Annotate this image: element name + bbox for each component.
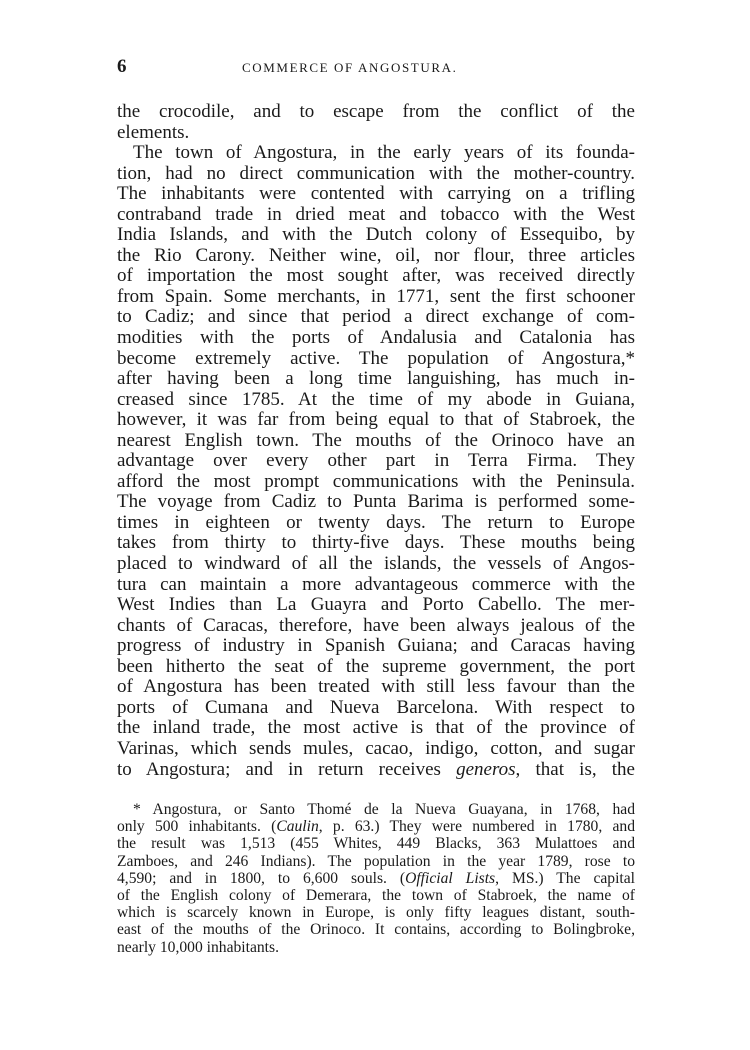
line-text: The voyage from Cadiz to Punta Barima is… bbox=[117, 491, 635, 512]
line-text: West Indies than La Guayra and Porto Cab… bbox=[117, 594, 635, 615]
citation-italic: Caulin bbox=[276, 818, 318, 835]
text-line-content: The town of Angostura, in the early year… bbox=[133, 143, 635, 164]
line-text: ports of Cumana and Nueva Barcelona. Wit… bbox=[117, 697, 635, 718]
line-text: progress of industry in Spanish Guiana; … bbox=[117, 635, 635, 656]
footnote-text: only 500 inhabitants. ( bbox=[117, 818, 276, 835]
running-title: COMMERCE OF ANGOSTURA. bbox=[242, 60, 457, 76]
text-line: modities with the ports of Andalusia and… bbox=[117, 328, 635, 349]
text-line: The town of Angostura, in the early year… bbox=[117, 143, 635, 164]
text-line-content: to Cadiz; and since that period a direct… bbox=[117, 307, 635, 328]
text-line: ports of Cumana and Nueva Barcelona. Wit… bbox=[117, 698, 635, 719]
line-text: contraband trade in dried meat and tobac… bbox=[117, 204, 635, 225]
text-line-content: takes from thirty to thirty-five days. T… bbox=[117, 533, 635, 554]
text-line-content: times in eighteen or twenty days. The re… bbox=[117, 513, 635, 534]
text-line-content: after having been a long time languishin… bbox=[117, 369, 635, 390]
footnote-line-content: of the English colony of Demerara, the t… bbox=[117, 887, 635, 904]
footnote-line: Zamboes, and 246 Indians). The populatio… bbox=[117, 853, 635, 870]
line-text: modities with the ports of Andalusia and… bbox=[117, 327, 635, 348]
footnote-line: the result was 1,513 (455 Whites, 449 Bl… bbox=[117, 835, 635, 852]
text-line-content: contraband trade in dried meat and tobac… bbox=[117, 205, 635, 226]
text-line: progress of industry in Spanish Guiana; … bbox=[117, 636, 635, 657]
text-line-content: placed to windward of all the islands, t… bbox=[117, 554, 635, 575]
running-header: 6 COMMERCE OF ANGOSTURA. bbox=[117, 56, 635, 80]
line-text: The inhabitants were contented with carr… bbox=[117, 183, 635, 204]
citation-italic: Official Lists bbox=[405, 870, 495, 887]
line-text: chants of Caracas, therefore, have been … bbox=[117, 615, 635, 636]
text-line-content: been hitherto the seat of the supreme go… bbox=[117, 657, 635, 678]
line-text: elements. bbox=[117, 122, 189, 143]
line-text: tion, had no direct communication with t… bbox=[117, 163, 635, 184]
text-line-content: chants of Caracas, therefore, have been … bbox=[117, 616, 635, 637]
footnote-line: 4,590; and in 1800, to 6,600 souls. (Off… bbox=[117, 870, 635, 887]
text-line-content: however, it was far from being equal to … bbox=[117, 410, 635, 431]
text-line-content: West Indies than La Guayra and Porto Cab… bbox=[117, 595, 635, 616]
line-text: tura can maintain a more advantageous co… bbox=[117, 574, 635, 595]
text-line-content: The voyage from Cadiz to Punta Barima is… bbox=[117, 492, 635, 513]
text-line: after having been a long time languishin… bbox=[117, 369, 635, 390]
text-line: however, it was far from being equal to … bbox=[117, 410, 635, 431]
text-line-content: the Rio Carony. Neither wine, oil, nor f… bbox=[117, 246, 635, 267]
line-text: after having been a long time languishin… bbox=[117, 368, 635, 389]
text-line-content: nearest English town. The mouths of the … bbox=[117, 431, 635, 452]
footnote-line-content: nearly 10,000 inhabitants. bbox=[117, 939, 635, 956]
text-line-content: tura can maintain a more advantageous co… bbox=[117, 575, 635, 596]
line-text: Varinas, which sends mules, cacao, indig… bbox=[117, 738, 635, 759]
text-line: tura can maintain a more advantageous co… bbox=[117, 575, 635, 596]
text-line: the Rio Carony. Neither wine, oil, nor f… bbox=[117, 246, 635, 267]
line-text: from Spain. Some merchants, in 1771, sen… bbox=[117, 286, 635, 307]
footnote-line-content: Zamboes, and 246 Indians). The populatio… bbox=[117, 853, 635, 870]
text-line-content: Varinas, which sends mules, cacao, indig… bbox=[117, 739, 635, 760]
italic-term: generos bbox=[456, 759, 515, 780]
text-line: nearest English town. The mouths of the … bbox=[117, 431, 635, 452]
line-text: to Angostura; and in return receives bbox=[117, 759, 441, 780]
text-line-content: tion, had no direct communication with t… bbox=[117, 164, 635, 185]
footnote-line: east of the mouths of the Orinoco. It co… bbox=[117, 921, 635, 938]
text-line-content: the crocodile, and to escape from the co… bbox=[117, 102, 635, 123]
line-text: however, it was far from being equal to … bbox=[117, 409, 635, 430]
line-text: the Rio Carony. Neither wine, oil, nor f… bbox=[117, 245, 635, 266]
line-text: India Islands, and with the Dutch colony… bbox=[117, 224, 635, 245]
footnote-line-content: * Angostura, or Santo Thomé de la Nueva … bbox=[133, 801, 635, 818]
line-text: of Angostura has been treated with still… bbox=[117, 676, 635, 697]
line-text: afford the most prompt communications wi… bbox=[117, 471, 635, 492]
line-text: become extremely active. The population … bbox=[117, 348, 635, 369]
line-text: the crocodile, and to escape from the co… bbox=[117, 101, 635, 122]
footnote-text: , MS.) The capital bbox=[495, 870, 635, 887]
line-text: creased since 1785. At the time of my ab… bbox=[117, 389, 635, 410]
text-line: chants of Caracas, therefore, have been … bbox=[117, 616, 635, 637]
footnote-text: which is scarcely known in Europe, is on… bbox=[117, 904, 635, 921]
footnote-text: the result was 1,513 (455 Whites, 449 Bl… bbox=[117, 835, 635, 852]
footnote-line-content: east of the mouths of the Orinoco. It co… bbox=[117, 921, 635, 938]
text-line: to Angostura; and in return receives gen… bbox=[117, 760, 635, 781]
text-line-content: India Islands, and with the Dutch colony… bbox=[117, 225, 635, 246]
footnote-text: 4,590; and in 1800, to 6,600 souls. ( bbox=[117, 870, 405, 887]
footnote: * Angostura, or Santo Thomé de la Nueva … bbox=[117, 801, 635, 956]
text-line-content: progress of industry in Spanish Guiana; … bbox=[117, 636, 635, 657]
text-line-content: afford the most prompt communications wi… bbox=[117, 472, 635, 493]
footnote-line: * Angostura, or Santo Thomé de la Nueva … bbox=[117, 801, 635, 818]
line-text: the inland trade, the most active is tha… bbox=[117, 717, 635, 738]
text-line: become extremely active. The population … bbox=[117, 349, 635, 370]
footnote-text: * Angostura, or Santo Thomé de la Nueva … bbox=[133, 801, 635, 818]
footnote-text: nearly 10,000 inhabitants. bbox=[117, 939, 279, 956]
text-line: been hitherto the seat of the supreme go… bbox=[117, 657, 635, 678]
line-text: placed to windward of all the islands, t… bbox=[117, 553, 635, 574]
text-line: India Islands, and with the Dutch colony… bbox=[117, 225, 635, 246]
text-line: contraband trade in dried meat and tobac… bbox=[117, 205, 635, 226]
text-line-content: advantage over every other part in Terra… bbox=[117, 451, 635, 472]
text-line: elements. bbox=[117, 123, 635, 144]
text-line: tion, had no direct communication with t… bbox=[117, 164, 635, 185]
text-line: placed to windward of all the islands, t… bbox=[117, 554, 635, 575]
footnote-line-content: 4,590; and in 1800, to 6,600 souls. (Off… bbox=[117, 870, 635, 887]
line-text: been hitherto the seat of the supreme go… bbox=[117, 656, 635, 677]
text-line: of Angostura has been treated with still… bbox=[117, 677, 635, 698]
footnote-line: of the English colony of Demerara, the t… bbox=[117, 887, 635, 904]
text-line: of importation the most sought after, wa… bbox=[117, 266, 635, 287]
line-text: to Cadiz; and since that period a direct… bbox=[117, 306, 635, 327]
text-line: The voyage from Cadiz to Punta Barima is… bbox=[117, 492, 635, 513]
text-line-content: creased since 1785. At the time of my ab… bbox=[117, 390, 635, 411]
text-line: creased since 1785. At the time of my ab… bbox=[117, 390, 635, 411]
text-line-content: ports of Cumana and Nueva Barcelona. Wit… bbox=[117, 698, 635, 719]
page-number: 6 bbox=[117, 56, 127, 78]
text-line-content: of Angostura has been treated with still… bbox=[117, 677, 635, 698]
line-text: times in eighteen or twenty days. The re… bbox=[117, 512, 635, 533]
text-line: times in eighteen or twenty days. The re… bbox=[117, 513, 635, 534]
text-line: advantage over every other part in Terra… bbox=[117, 451, 635, 472]
footnote-line: nearly 10,000 inhabitants. bbox=[117, 939, 635, 956]
text-line: Varinas, which sends mules, cacao, indig… bbox=[117, 739, 635, 760]
text-line: West Indies than La Guayra and Porto Cab… bbox=[117, 595, 635, 616]
line-text: nearest English town. The mouths of the … bbox=[117, 430, 635, 451]
line-text: takes from thirty to thirty-five days. T… bbox=[117, 532, 635, 553]
text-line-content: of importation the most sought after, wa… bbox=[117, 266, 635, 287]
text-line-content: become extremely active. The population … bbox=[117, 349, 635, 370]
text-line-content: modities with the ports of Andalusia and… bbox=[117, 328, 635, 349]
text-line-content: elements. bbox=[117, 123, 635, 144]
text-line: the crocodile, and to escape from the co… bbox=[117, 102, 635, 123]
footnote-text: east of the mouths of the Orinoco. It co… bbox=[117, 921, 635, 938]
footnote-line: which is scarcely known in Europe, is on… bbox=[117, 904, 635, 921]
main-text: the crocodile, and to escape from the co… bbox=[117, 102, 635, 780]
text-line: the inland trade, the most active is tha… bbox=[117, 718, 635, 739]
footnote-text: Zamboes, and 246 Indians). The populatio… bbox=[117, 853, 635, 870]
footnote-line-content: which is scarcely known in Europe, is on… bbox=[117, 904, 635, 921]
footnote-text: , p. 63.) They were numbered in 1780, an… bbox=[319, 818, 635, 835]
footnote-line: only 500 inhabitants. (Caulin, p. 63.) T… bbox=[117, 818, 635, 835]
text-line: afford the most prompt communications wi… bbox=[117, 472, 635, 493]
text-line-content: the inland trade, the most active is tha… bbox=[117, 718, 635, 739]
text-line: from Spain. Some merchants, in 1771, sen… bbox=[117, 287, 635, 308]
text-line-content: from Spain. Some merchants, in 1771, sen… bbox=[117, 287, 635, 308]
text-line: The inhabitants were contented with carr… bbox=[117, 184, 635, 205]
line-text: of importation the most sought after, wa… bbox=[117, 265, 635, 286]
line-tail: , that is, the bbox=[516, 759, 635, 780]
text-line-content: The inhabitants were contented with carr… bbox=[117, 184, 635, 205]
text-line-content: to Angostura; and in return receives gen… bbox=[117, 760, 635, 781]
footnote-line-content: the result was 1,513 (455 Whites, 449 Bl… bbox=[117, 835, 635, 852]
line-text: The town of Angostura, in the early year… bbox=[133, 142, 635, 163]
footnote-line-content: only 500 inhabitants. (Caulin, p. 63.) T… bbox=[117, 818, 635, 835]
text-line: to Cadiz; and since that period a direct… bbox=[117, 307, 635, 328]
line-text: advantage over every other part in Terra… bbox=[117, 450, 635, 471]
footnote-text: of the English colony of Demerara, the t… bbox=[117, 887, 635, 904]
text-line: takes from thirty to thirty-five days. T… bbox=[117, 533, 635, 554]
